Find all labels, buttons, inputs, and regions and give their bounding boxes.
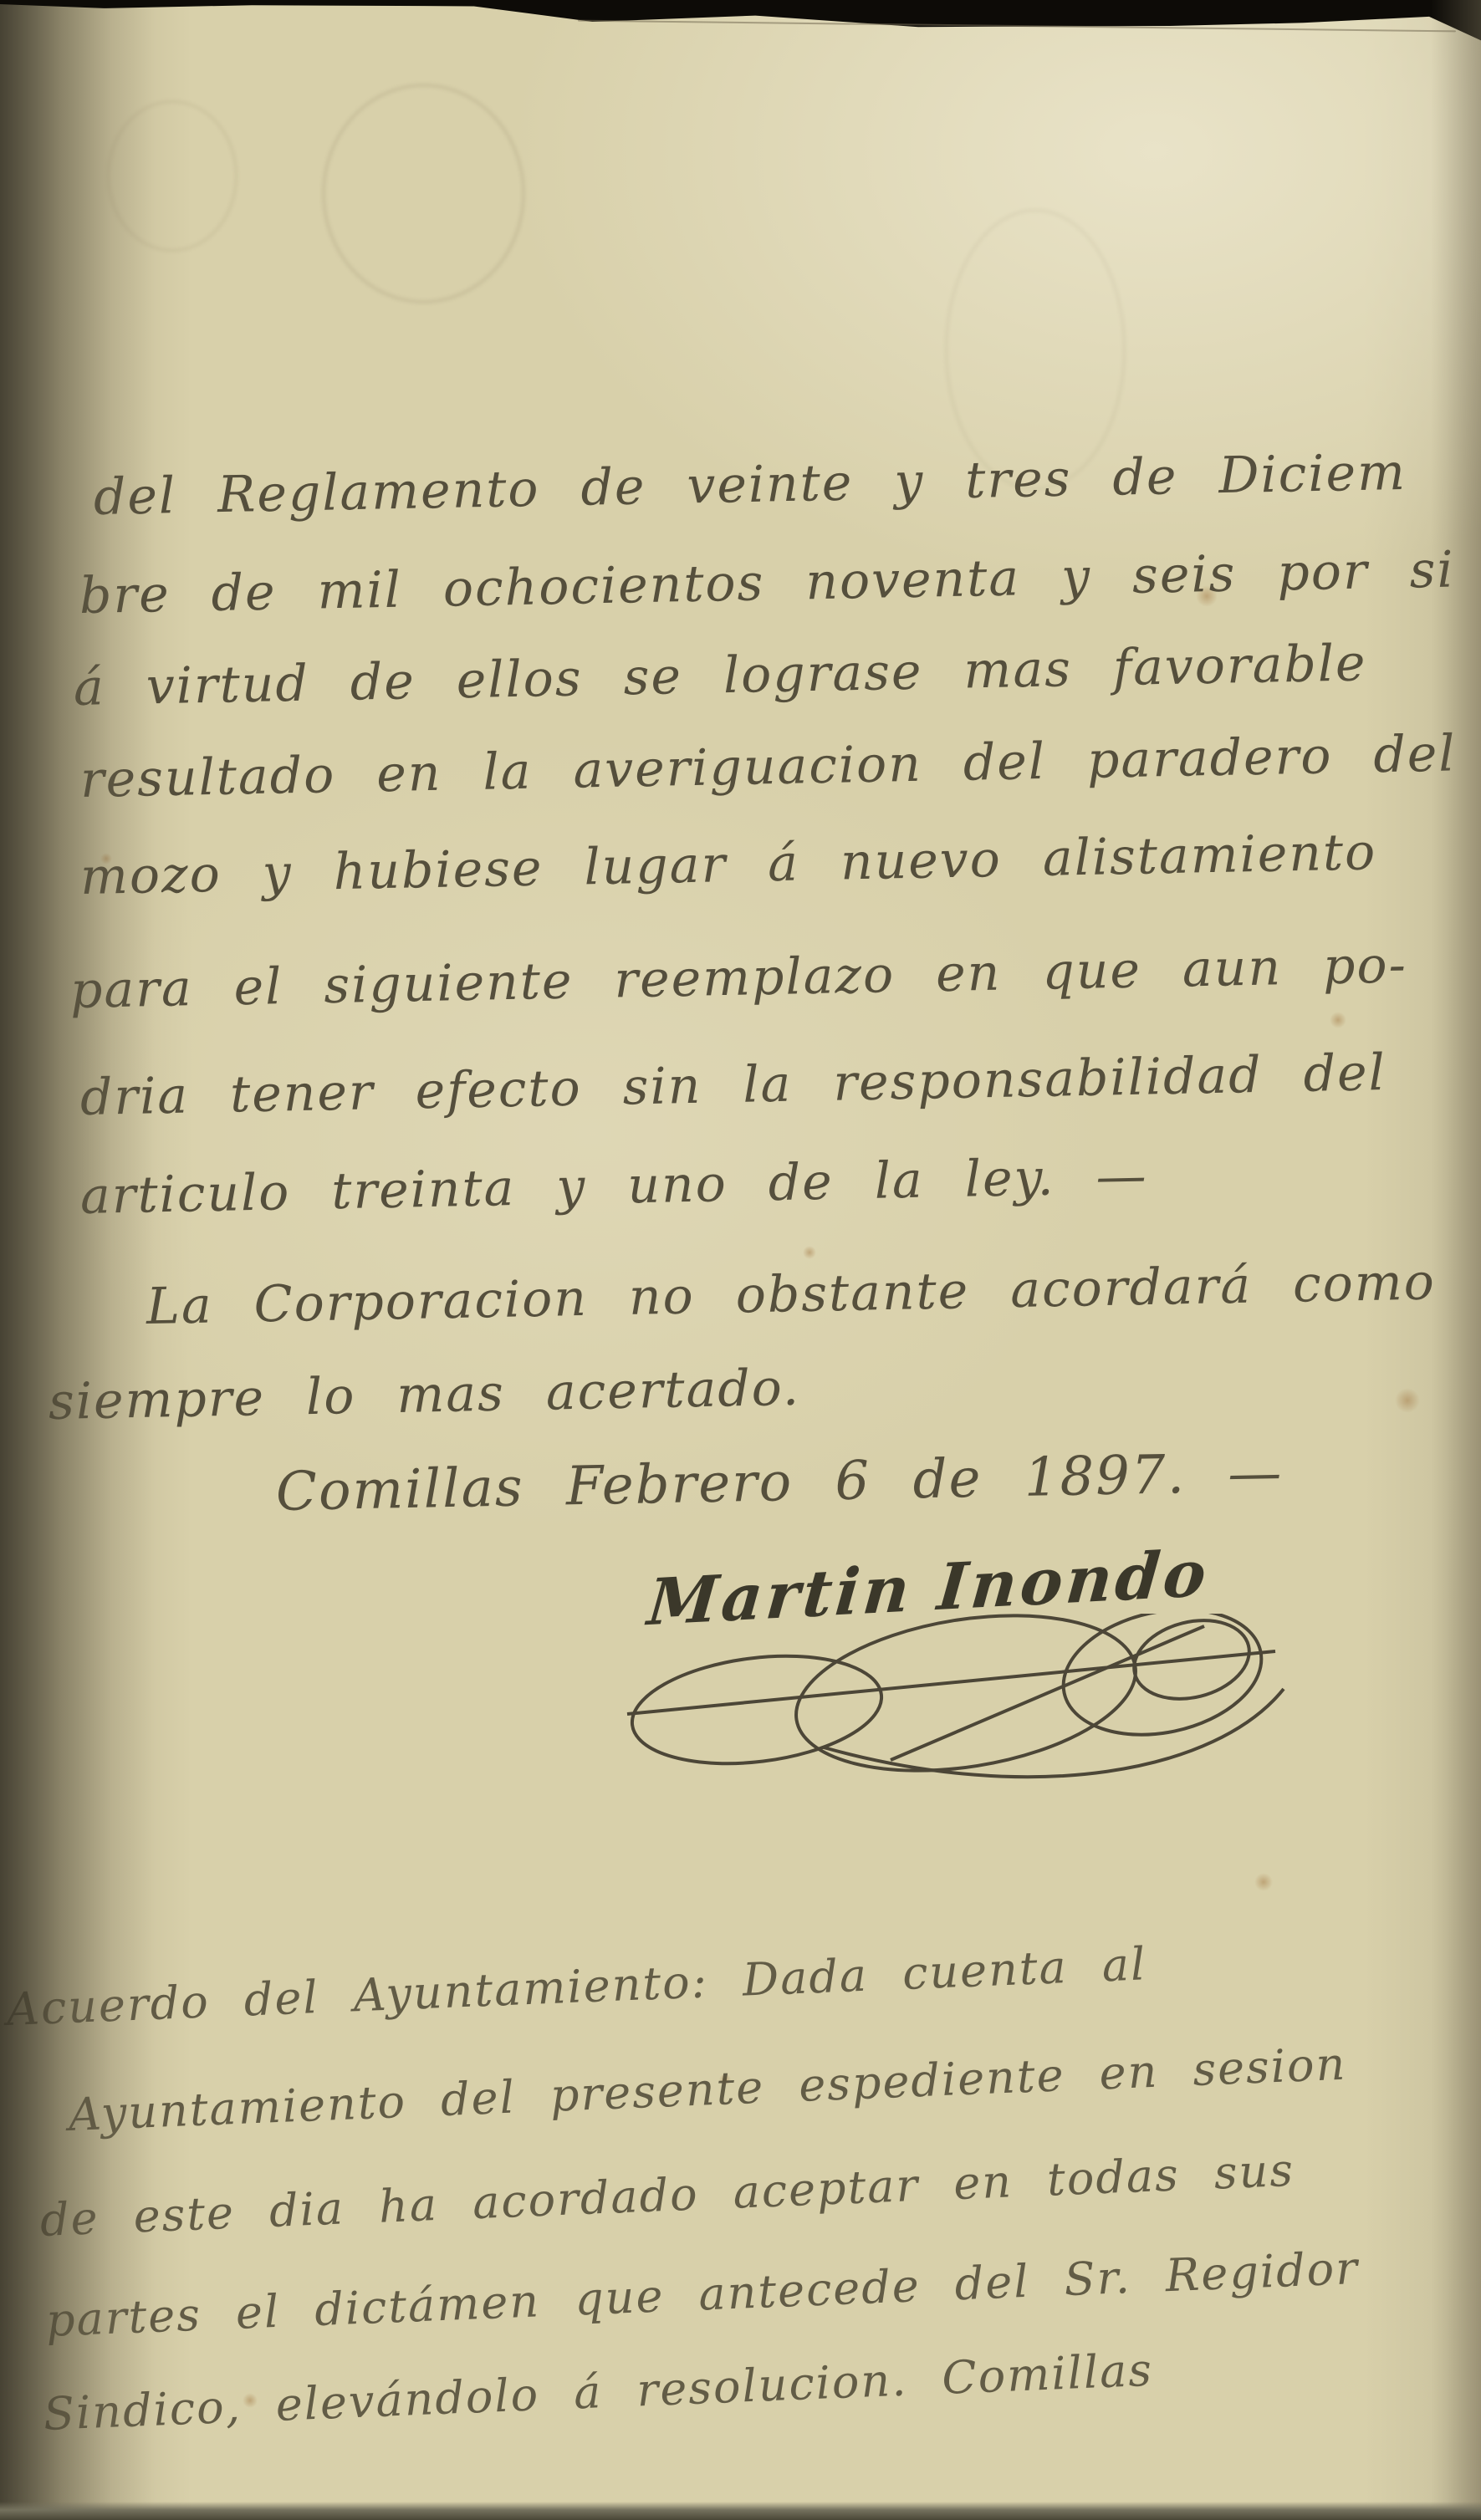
signature-rubric-flourish — [615, 1614, 1300, 1814]
manuscript-line: articulo treinta y uno de la ley. — — [79, 1146, 1148, 1225]
manuscript-line: resultado en la averiguacion del parader… — [79, 724, 1457, 809]
manuscript-line: Ayuntamiento del presente espediente en … — [68, 2038, 1348, 2141]
manuscript-line: á virtud de ellos se lograse mas favorab… — [73, 634, 1367, 717]
manuscript-line: para el siguiente reemplazo en que aun p… — [69, 936, 1407, 1020]
manuscript-scan: del Reglamento de veinte y tres de Dicie… — [0, 0, 1481, 2520]
manuscript-line: Acuerdo del Ayuntamiento: Dada cuenta al — [6, 1937, 1148, 2036]
embossed-seal — [945, 209, 1126, 490]
manuscript-line: de este dia ha acordado aceptar en todas… — [39, 2144, 1295, 2247]
torn-paper-edge — [0, 0, 1481, 52]
manuscript-line: siempre lo mas acertado. — [48, 1359, 800, 1431]
manuscript-line: Sindico, elevándolo á resolucion. Comill… — [43, 2344, 1154, 2441]
foxing-spot — [1254, 1873, 1273, 1891]
manuscript-line: La Corporacion no obstante acordará como — [146, 1252, 1436, 1336]
foxing-spot — [1330, 1012, 1346, 1028]
foxing-spot — [1395, 1388, 1420, 1413]
foxing-spot — [803, 1246, 816, 1259]
manuscript-line: partes el dictámen que antecede del Sr. … — [45, 2242, 1360, 2347]
embossed-seal — [322, 84, 525, 304]
manuscript-dateline: Comillas Febrero 6 de 1897. — — [275, 1442, 1284, 1523]
page-edge-shadow — [1431, 0, 1481, 2520]
manuscript-line: dria tener efecto sin la responsabilidad… — [79, 1043, 1387, 1127]
manuscript-line: mozo y hubiese lugar á nuevo alistamient… — [79, 823, 1376, 906]
manuscript-line: bre de mil ochocientos noventa y seis po… — [79, 540, 1455, 625]
binding-gutter-shadow — [0, 0, 155, 2520]
scan-bottom-edge — [0, 2502, 1481, 2520]
manuscript-line: del Reglamento de veinte y tres de Dicie… — [93, 443, 1407, 527]
